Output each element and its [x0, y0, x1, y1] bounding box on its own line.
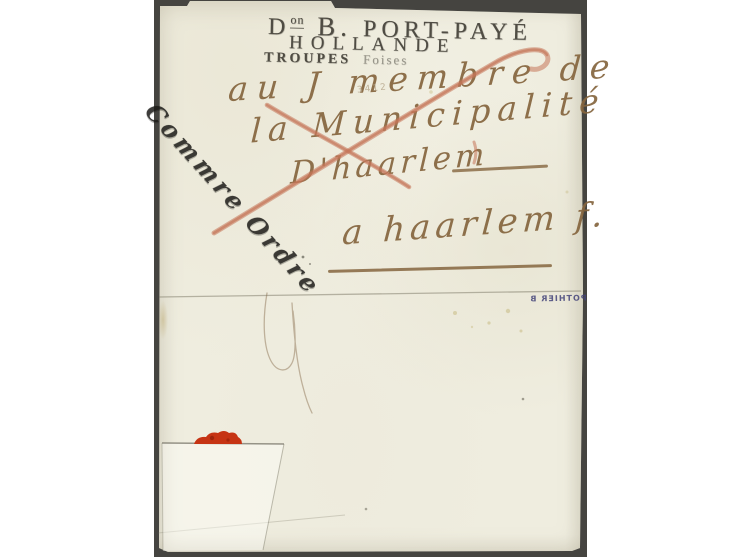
- stamp-on-superscript: on: [290, 13, 304, 29]
- stamp-d: D: [268, 14, 291, 41]
- expert-mark: POTHIER B: [529, 293, 587, 303]
- photo-canvas: Don B. PORT-PAYÉ HOLLANDE TROUPESFoises …: [0, 0, 740, 557]
